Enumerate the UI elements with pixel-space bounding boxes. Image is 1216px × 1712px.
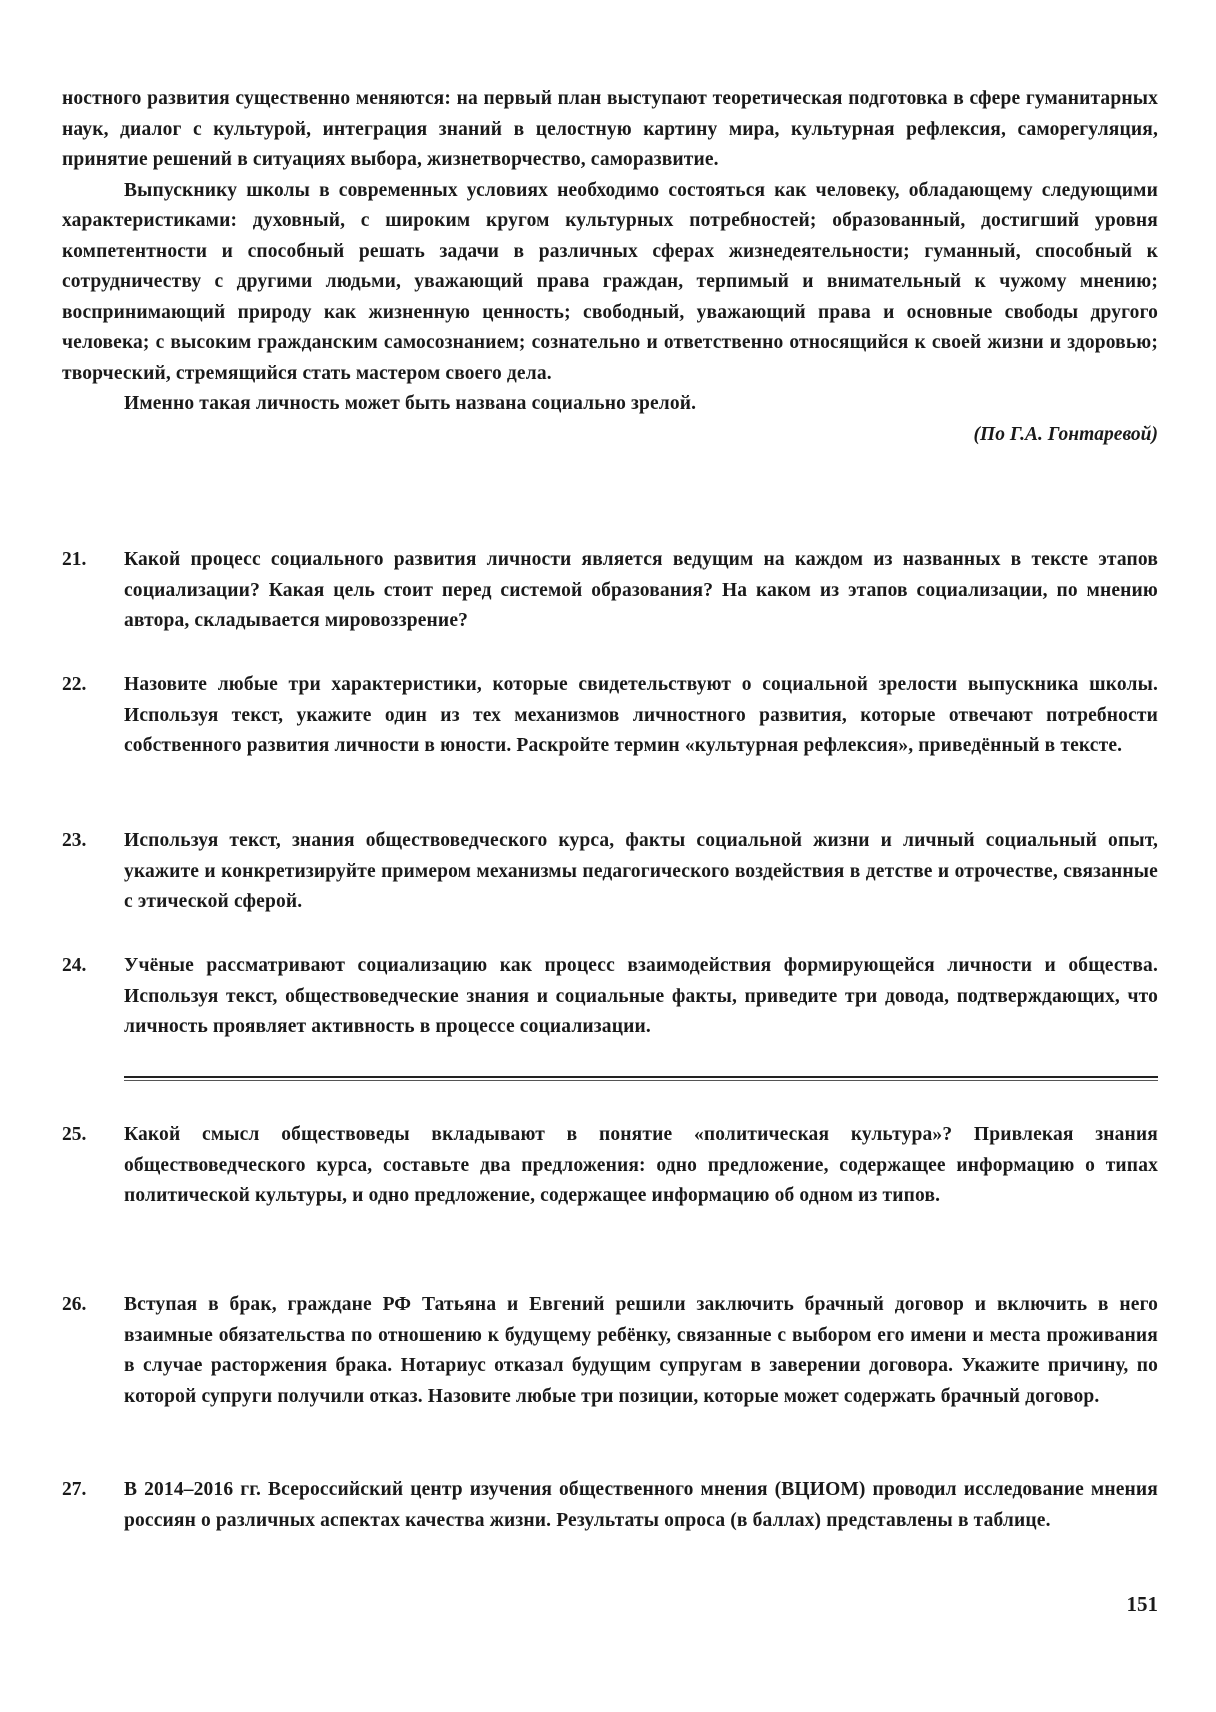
divider-line-thick: [124, 1076, 1158, 1078]
task-23: 23. Используя текст, знания обществоведч…: [62, 826, 1158, 918]
task-text: Учёные рассматривают социализацию как пр…: [124, 951, 1158, 1043]
intro-text-block: ностного развития существенно меняются: …: [62, 84, 1158, 450]
task-text: Какой смысл обществоведы вкладывают в по…: [124, 1120, 1158, 1212]
divider-line-thin: [124, 1080, 1158, 1081]
task-number: 27.: [62, 1475, 124, 1536]
task-26: 26. Вступая в брак, граждане РФ Татьяна …: [62, 1290, 1158, 1412]
task-text: Вступая в брак, граждане РФ Татьяна и Ев…: [124, 1290, 1158, 1412]
task-text: Какой процесс социального развития лично…: [124, 545, 1158, 637]
task-number: 26.: [62, 1290, 124, 1412]
task-27: 27. В 2014–2016 гг. Всероссийский центр …: [62, 1475, 1158, 1536]
task-number: 25.: [62, 1120, 124, 1212]
paragraph-conclusion: Именно такая личность может быть названа…: [62, 389, 1158, 420]
task-number: 23.: [62, 826, 124, 918]
paragraph-continuation: ностного развития существенно меняются: …: [62, 84, 1158, 176]
source-attribution: (По Г.А. Гонтаревой): [62, 420, 1158, 450]
task-text: Назовите любые три характеристики, котор…: [124, 670, 1158, 762]
task-number: 22.: [62, 670, 124, 762]
paragraph-graduate-characteristics: Выпускнику школы в современных условиях …: [62, 176, 1158, 390]
task-text: Используя текст, знания обществоведческо…: [124, 826, 1158, 918]
task-number: 21.: [62, 545, 124, 637]
task-24: 24. Учёные рассматривают социализацию ка…: [62, 951, 1158, 1043]
task-21: 21. Какой процесс социального развития л…: [62, 545, 1158, 637]
task-22: 22. Назовите любые три характеристики, к…: [62, 670, 1158, 762]
section-divider: [124, 1076, 1158, 1082]
task-25: 25. Какой смысл обществоведы вкладывают …: [62, 1120, 1158, 1212]
task-text: В 2014–2016 гг. Всероссийский центр изуч…: [124, 1475, 1158, 1536]
task-number: 24.: [62, 951, 124, 1043]
page-number: 151: [1127, 1592, 1159, 1617]
